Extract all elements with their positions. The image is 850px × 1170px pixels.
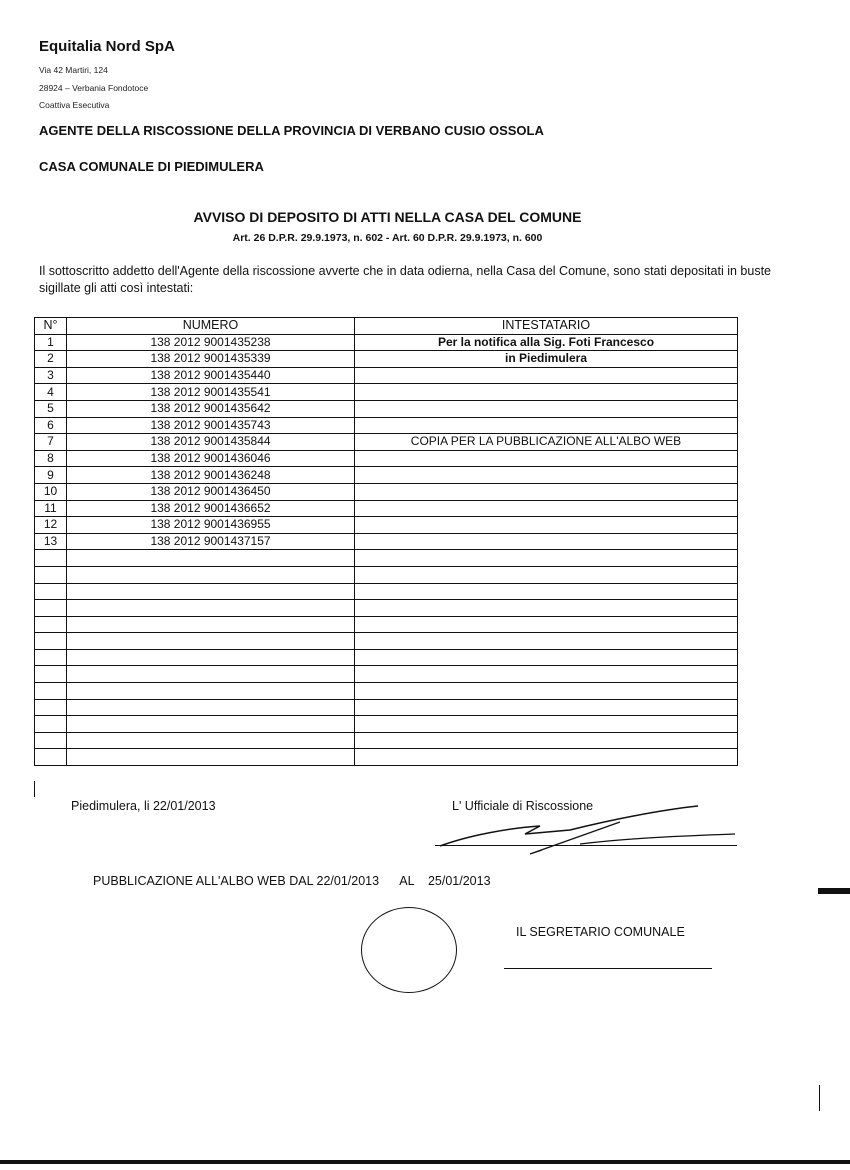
row-intestatario: Per la notifica alla Sig. Foti Francesco xyxy=(355,334,738,351)
row-numero: 138 2012 9001435238 xyxy=(67,334,355,351)
empty-cell xyxy=(35,699,67,716)
row-intestatario xyxy=(355,533,738,550)
row-number: 2 xyxy=(35,351,67,368)
empty-cell xyxy=(355,649,738,666)
row-number: 4 xyxy=(35,384,67,401)
segretario-label: IL SEGRETARIO COMUNALE xyxy=(516,925,685,939)
empty-table-row xyxy=(35,633,738,650)
document-title: AVVISO DI DEPOSITO DI ATTI NELLA CASA DE… xyxy=(0,209,775,225)
empty-cell xyxy=(67,732,355,749)
row-number: 10 xyxy=(35,483,67,500)
row-number: 13 xyxy=(35,533,67,550)
empty-cell xyxy=(67,566,355,583)
row-numero: 138 2012 9001435440 xyxy=(67,367,355,384)
row-numero: 138 2012 9001435844 xyxy=(67,434,355,451)
table-row: 1138 2012 9001435238Per la notifica alla… xyxy=(35,334,738,351)
empty-cell xyxy=(67,666,355,683)
atti-table: N° NUMERO INTESTATARIO 1138 2012 9001435… xyxy=(34,317,738,766)
row-numero: 138 2012 9001436652 xyxy=(67,500,355,517)
empty-cell xyxy=(355,583,738,600)
row-numero: 138 2012 9001435642 xyxy=(67,400,355,417)
empty-cell xyxy=(355,699,738,716)
empty-table-row xyxy=(35,666,738,683)
empty-cell xyxy=(35,566,67,583)
empty-cell xyxy=(355,550,738,567)
empty-table-row xyxy=(35,716,738,733)
empty-cell xyxy=(35,649,67,666)
margin-mark xyxy=(34,781,35,797)
row-intestatario xyxy=(355,467,738,484)
empty-table-row xyxy=(35,616,738,633)
empty-table-row xyxy=(35,583,738,600)
row-numero: 138 2012 9001437157 xyxy=(67,533,355,550)
table-row: 12138 2012 9001436955 xyxy=(35,517,738,534)
empty-cell xyxy=(355,616,738,633)
intro-paragraph: Il sottoscritto addetto dell'Agente dell… xyxy=(39,263,779,297)
scan-edge-line xyxy=(819,1085,820,1111)
segretario-signature-line xyxy=(504,968,712,969)
empty-cell xyxy=(355,633,738,650)
table-row: 10138 2012 9001436450 xyxy=(35,483,738,500)
company-name: Equitalia Nord SpA xyxy=(39,38,175,55)
scan-edge-mark xyxy=(818,888,850,894)
empty-table-row xyxy=(35,732,738,749)
empty-cell xyxy=(67,749,355,766)
row-number: 7 xyxy=(35,434,67,451)
header-intestatario: INTESTATARIO xyxy=(355,318,738,335)
row-intestatario xyxy=(355,417,738,434)
row-number: 11 xyxy=(35,500,67,517)
empty-cell xyxy=(35,616,67,633)
row-intestatario xyxy=(355,500,738,517)
row-intestatario: COPIA PER LA PUBBLICAZIONE ALL'ALBO WEB xyxy=(355,434,738,451)
pubblicazione-period: PUBBLICAZIONE ALL'ALBO WEB DAL 22/01/201… xyxy=(93,874,491,888)
empty-cell xyxy=(355,732,738,749)
empty-cell xyxy=(355,716,738,733)
row-numero: 138 2012 9001435743 xyxy=(67,417,355,434)
empty-cell xyxy=(67,683,355,700)
atti-table-body: 1138 2012 9001435238Per la notifica alla… xyxy=(35,334,738,765)
empty-cell xyxy=(35,749,67,766)
row-number: 5 xyxy=(35,400,67,417)
casa-comunale-heading: CASA COMUNALE DI PIEDIMULERA xyxy=(39,159,264,174)
empty-cell xyxy=(67,633,355,650)
empty-cell xyxy=(35,732,67,749)
scan-bottom-edge xyxy=(0,1160,850,1164)
empty-cell xyxy=(35,600,67,617)
table-row: 4138 2012 9001435541 xyxy=(35,384,738,401)
address-department: Coattiva Esecutiva xyxy=(39,100,109,110)
row-numero: 138 2012 9001436450 xyxy=(67,483,355,500)
table-row: 7138 2012 9001435844COPIA PER LA PUBBLIC… xyxy=(35,434,738,451)
empty-table-row xyxy=(35,600,738,617)
table-row: 13138 2012 9001437157 xyxy=(35,533,738,550)
table-row: 2138 2012 9001435339in Piedimulera xyxy=(35,351,738,368)
empty-cell xyxy=(67,649,355,666)
empty-table-row xyxy=(35,566,738,583)
empty-cell xyxy=(67,583,355,600)
row-number: 8 xyxy=(35,450,67,467)
row-numero: 138 2012 9001436046 xyxy=(67,450,355,467)
address-street: Via 42 Martiri, 124 xyxy=(39,65,108,75)
empty-table-row xyxy=(35,683,738,700)
table-row: 8138 2012 9001436046 xyxy=(35,450,738,467)
row-intestatario xyxy=(355,367,738,384)
row-intestatario: in Piedimulera xyxy=(355,351,738,368)
empty-cell xyxy=(35,550,67,567)
officer-signature-line xyxy=(435,845,737,846)
empty-cell xyxy=(67,616,355,633)
empty-cell xyxy=(355,749,738,766)
empty-cell xyxy=(35,666,67,683)
table-row: 9138 2012 9001436248 xyxy=(35,467,738,484)
row-number: 1 xyxy=(35,334,67,351)
table-row: 3138 2012 9001435440 xyxy=(35,367,738,384)
row-numero: 138 2012 9001435541 xyxy=(67,384,355,401)
row-number: 6 xyxy=(35,417,67,434)
empty-table-row xyxy=(35,699,738,716)
empty-cell xyxy=(67,600,355,617)
empty-cell xyxy=(67,699,355,716)
empty-cell xyxy=(355,666,738,683)
row-intestatario xyxy=(355,400,738,417)
row-numero: 138 2012 9001436955 xyxy=(67,517,355,534)
empty-cell xyxy=(67,550,355,567)
table-row: 6138 2012 9001435743 xyxy=(35,417,738,434)
row-intestatario xyxy=(355,517,738,534)
row-numero: 138 2012 9001436248 xyxy=(67,467,355,484)
empty-table-row xyxy=(35,550,738,567)
table-header-row: N° NUMERO INTESTATARIO xyxy=(35,318,738,335)
empty-cell xyxy=(35,633,67,650)
row-number: 3 xyxy=(35,367,67,384)
empty-cell xyxy=(35,583,67,600)
header-n: N° xyxy=(35,318,67,335)
agent-heading: AGENTE DELLA RISCOSSIONE DELLA PROVINCIA… xyxy=(39,123,544,138)
empty-cell xyxy=(355,683,738,700)
place-date: Piedimulera, li 22/01/2013 xyxy=(71,799,216,813)
empty-cell xyxy=(67,716,355,733)
stamp-circle xyxy=(361,907,457,993)
empty-cell xyxy=(355,600,738,617)
address-city: 28924 – Verbania Fondotoce xyxy=(39,83,148,93)
row-intestatario xyxy=(355,450,738,467)
table-row: 5138 2012 9001435642 xyxy=(35,400,738,417)
empty-table-row xyxy=(35,749,738,766)
header-numero: NUMERO xyxy=(67,318,355,335)
row-number: 9 xyxy=(35,467,67,484)
empty-cell xyxy=(35,683,67,700)
officer-signature-icon xyxy=(430,800,740,860)
empty-cell xyxy=(355,566,738,583)
row-number: 12 xyxy=(35,517,67,534)
row-intestatario xyxy=(355,483,738,500)
document-subtitle: Art. 26 D.P.R. 29.9.1973, n. 602 - Art. … xyxy=(0,232,775,244)
row-intestatario xyxy=(355,384,738,401)
row-numero: 138 2012 9001435339 xyxy=(67,351,355,368)
empty-cell xyxy=(35,716,67,733)
empty-table-row xyxy=(35,649,738,666)
table-row: 11138 2012 9001436652 xyxy=(35,500,738,517)
